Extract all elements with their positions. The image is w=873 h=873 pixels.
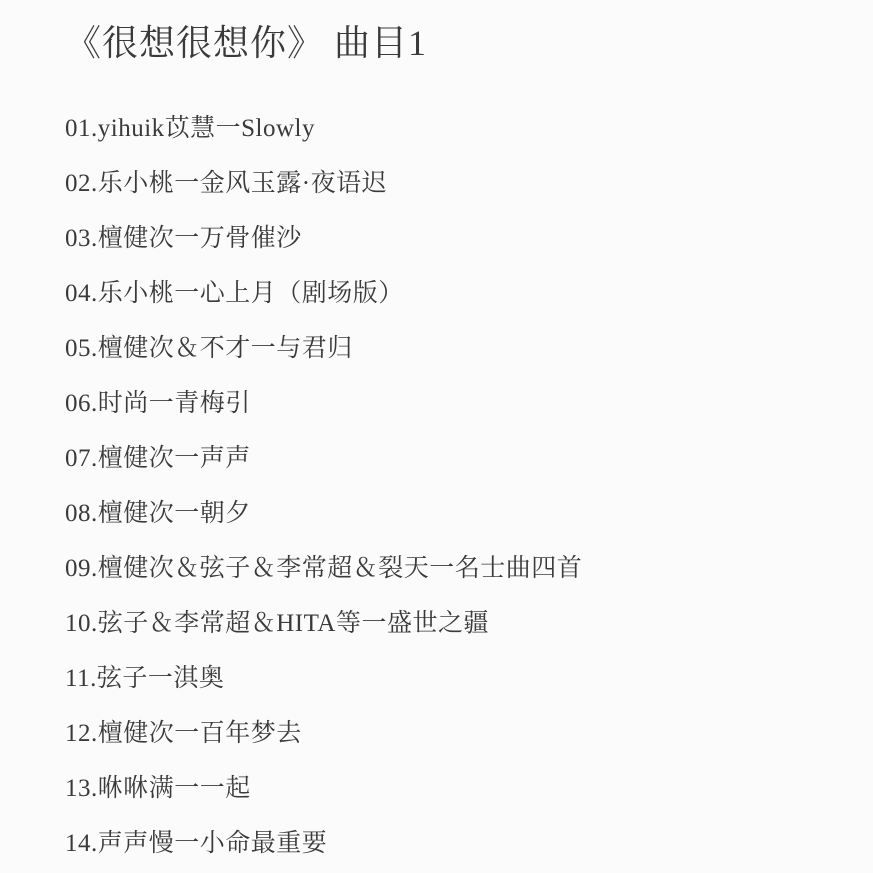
track-item: 07.檀健次一声声 [65,428,843,483]
track-item: 13.咻咻满一一起 [65,758,843,813]
track-item: 09.檀健次＆弦子＆李常超＆裂天一名士曲四首 [65,538,843,593]
page-title: 《很想很想你》 曲目1 [65,22,843,65]
track-item: 06.时尚一青梅引 [65,373,843,428]
track-item: 03.檀健次一万骨催沙 [65,208,843,263]
track-item: 08.檀健次一朝夕 [65,483,843,538]
track-item: 01.yihuik苡慧一Slowly [65,98,843,153]
track-item: 02.乐小桃一金风玉露·夜语迟 [65,153,843,208]
track-item: 05.檀健次＆不才一与君归 [65,318,843,373]
track-list: 01.yihuik苡慧一Slowly 02.乐小桃一金风玉露·夜语迟 03.檀健… [65,98,843,868]
track-item: 12.檀健次一百年梦去 [65,703,843,758]
track-item: 04.乐小桃一心上月（剧场版） [65,263,843,318]
track-item: 14.声声慢一小命最重要 [65,813,843,868]
track-item: 10.弦子＆李常超＆HITA等一盛世之疆 [65,593,843,648]
tracklist-document: 《很想很想你》 曲目1 01.yihuik苡慧一Slowly 02.乐小桃一金风… [0,0,873,873]
track-item: 11.弦子一淇奥 [65,648,843,703]
